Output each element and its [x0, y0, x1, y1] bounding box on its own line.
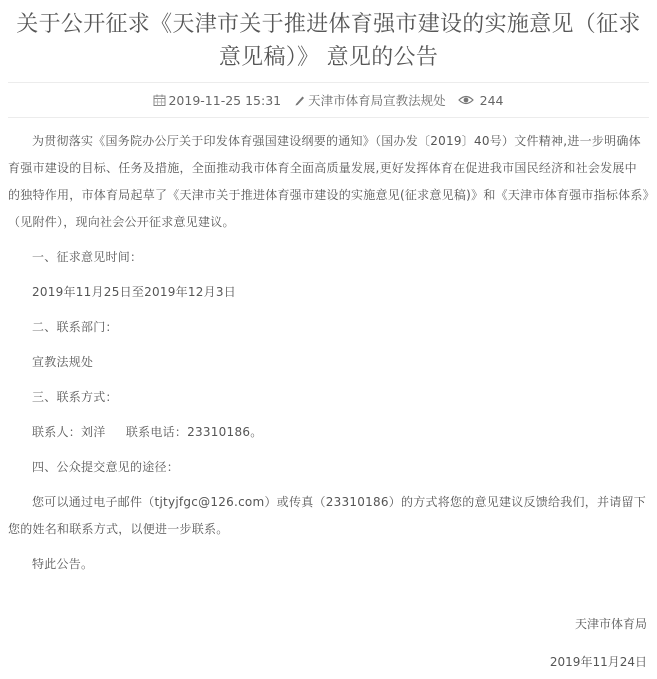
- signature-org: 天津市体育局: [575, 615, 647, 632]
- meta-views: 244: [458, 93, 504, 108]
- meta-date: 2019-11-25 15:31: [153, 93, 281, 108]
- signature-date: 2019年11月24日: [550, 653, 647, 670]
- section-body: 联系人：刘洋 联系电话：23310186。: [8, 419, 649, 446]
- page-title: 关于公开征求《天津市关于推进体育强市建设的实施意见（征求意见稿）》 意见的公告: [0, 0, 657, 74]
- submission-paragraph: 您可以通过电子邮件（tjtyjfgc@126.com）或传真（23310186）…: [8, 489, 649, 543]
- author: 天津市体育局宣教法规处: [308, 91, 446, 109]
- section-heading: 一、征求意见时间：: [8, 244, 649, 271]
- calendar-icon: [153, 94, 166, 106]
- article: 关于公开征求《天津市关于推进体育强市建设的实施意见（征求意见稿）》 意见的公告 …: [0, 0, 657, 679]
- section-heading: 四、公众提交意见的途径：: [8, 454, 649, 481]
- section-body: 2019年11月25日至2019年12月3日: [8, 279, 649, 306]
- closing-text: 特此公告。: [8, 551, 649, 578]
- article-meta: 2019-11-25 15:31 天津市体育局宣教法规处 244: [8, 82, 649, 118]
- section-body: 宣教法规处: [8, 349, 649, 376]
- article-body: 为贯彻落实《国务院办公厅关于印发体育强国建设纲要的通知》（国办发〔2019〕40…: [8, 128, 649, 578]
- view-count: 244: [480, 93, 504, 108]
- intro-paragraph: 为贯彻落实《国务院办公厅关于印发体育强国建设纲要的通知》（国办发〔2019〕40…: [8, 128, 649, 236]
- meta-author: 天津市体育局宣教法规处: [293, 91, 446, 109]
- section-heading: 二、联系部门：: [8, 314, 649, 341]
- eye-icon: [458, 94, 474, 106]
- publish-date: 2019-11-25 15:31: [168, 93, 281, 108]
- pencil-icon: [293, 94, 306, 106]
- section-heading: 三、联系方式：: [8, 384, 649, 411]
